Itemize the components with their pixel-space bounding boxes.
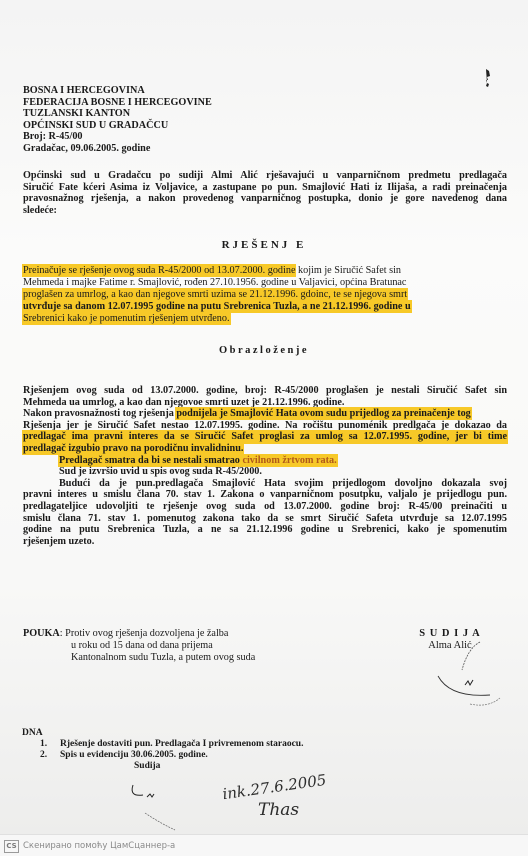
handwritten-signature: Thas xyxy=(258,800,299,820)
item-number: 2. xyxy=(40,750,60,761)
header-line: BOSNA I HERCEGOVINA xyxy=(23,85,212,97)
highlight: utvrđuje sa danom 12.07.1995 godine na p… xyxy=(23,301,411,312)
highlight: Predlagač smatra da bi se nestali smatra… xyxy=(59,455,242,466)
pouka-label: POUKA xyxy=(23,628,60,639)
header-line: OPĆINSKI SUD U GRADAČCU xyxy=(23,120,212,132)
reasoning-title: Obrazloženje xyxy=(0,345,528,356)
scanned-page: BOSNA I HERCEGOVINA FEDERACIJA BOSNE I H… xyxy=(0,0,528,834)
intro-line: sledeće: xyxy=(23,205,507,217)
highlight: predlagač izgubio pravo na porodičnu inv… xyxy=(23,443,243,454)
judge-signature-icon xyxy=(410,640,505,710)
item-text: Spis u evidenciju 30.06.2005. godine. xyxy=(60,750,208,760)
dna-item: 1.Rješenje dostaviti pun. Predlagača I p… xyxy=(22,739,303,750)
decision-title: RJEŠENJ E xyxy=(0,239,528,251)
intro-line: Općinski sud u Gradačcu po sudiji Almi A… xyxy=(23,170,507,182)
decision-paragraph: Preinačuje se rješenje ovog suda R-45/20… xyxy=(23,265,483,325)
date-place: Gradačac, 09.06.2005. godine xyxy=(23,143,212,155)
text: Budući da je pun.predlagača Smajlović Ha… xyxy=(23,478,507,490)
text: predlagateljice udovoljiti te rješenje o… xyxy=(23,501,507,513)
intro-line: pravosnažnog rješenja, a nakon provedeno… xyxy=(23,193,507,205)
text: Sud je izvršio uvid u spis ovog suda R-4… xyxy=(23,466,507,478)
watermark-text: Скенирано помоћу ЦамСцаннер-а xyxy=(23,841,175,851)
intro-line: Siručić Fate kćeri Asima iz Voljavice, a… xyxy=(23,182,507,194)
legal-notice: POUKA: Protiv ovog rješenja dozvoljena j… xyxy=(23,628,255,663)
text: Mehmeda i majke Fatime r. Smajlović, rođ… xyxy=(23,277,483,289)
scanner-watermark: CS Скенирано помоћу ЦамСцаннер-а xyxy=(0,834,528,856)
text: kojim je Siručić Safet sin xyxy=(295,265,401,276)
reasoning-paragraph: Rješenjem ovog suda od 13.07.2000. godin… xyxy=(23,385,507,547)
dna-item: 2.Spis u evidenciju 30.06.2005. godine. xyxy=(22,750,303,761)
text: pravni interes u smislu člana 70. stav 1… xyxy=(23,489,507,501)
intro-paragraph: Općinski sud u Gradačcu po sudiji Almi A… xyxy=(23,170,507,216)
text: Rješenja jer je Siručić Safet nestao 12.… xyxy=(23,420,507,432)
dna-signer: Sudija xyxy=(22,761,303,772)
case-number: Broj: R-45/00 xyxy=(23,131,212,143)
judge-title: S U D I J A xyxy=(410,628,490,640)
text: smislu člana 71. stav 1. pomenutog zakon… xyxy=(23,513,507,525)
item-text: Rješenje dostaviti pun. Predlagača I pri… xyxy=(60,739,303,749)
clerk-signature-icon xyxy=(125,775,195,835)
text: : Protiv ovog rješenja dozvoljena je žal… xyxy=(60,628,229,639)
camscanner-logo-icon: CS xyxy=(4,840,19,853)
highlight: predlagač ima pravni interes da se Siruč… xyxy=(23,431,507,443)
scan-mark-icon xyxy=(483,68,492,88)
text: Kantonalnom sudu Tuzla, a putem ovog sud… xyxy=(23,652,255,664)
highlight: Preinačuje se rješenje ovog suda R-45/20… xyxy=(23,265,295,276)
dna-label: DNA xyxy=(22,728,303,739)
highlight: podnijela je Smajlović Hata ovom sudu pr… xyxy=(176,408,470,419)
text: Nakon pravosnažnosti tog rješenja xyxy=(23,408,176,419)
handwritten-note: ink.27.6.2005 xyxy=(221,771,327,803)
text: Mehmeda ua umrlog, a kao dan njegovoe sm… xyxy=(23,397,507,409)
court-header: BOSNA I HERCEGOVINA FEDERACIJA BOSNE I H… xyxy=(23,85,212,155)
item-number: 1. xyxy=(40,739,60,750)
distribution-block: DNA 1.Rješenje dostaviti pun. Predlagača… xyxy=(22,728,303,772)
text: godine na putu Srebrenica Tuzla, a ne sa… xyxy=(23,524,507,536)
highlight: Srebrenici kako je pomenutim rješenjem u… xyxy=(23,313,230,324)
text: Rješenjem ovog suda od 13.07.2000. godin… xyxy=(23,385,507,397)
header-line: TUZLANSKI KANTON xyxy=(23,108,212,120)
text: rješenjem uzeto. xyxy=(23,536,507,548)
header-line: FEDERACIJA BOSNE I HERCEGOVINE xyxy=(23,97,212,109)
text: u roku od 15 dana od dana prijema xyxy=(23,640,255,652)
highlight: civilnom žrtvom rata. xyxy=(242,455,336,466)
highlight: proglašen za umrlog, a kao dan njegove s… xyxy=(23,289,407,300)
